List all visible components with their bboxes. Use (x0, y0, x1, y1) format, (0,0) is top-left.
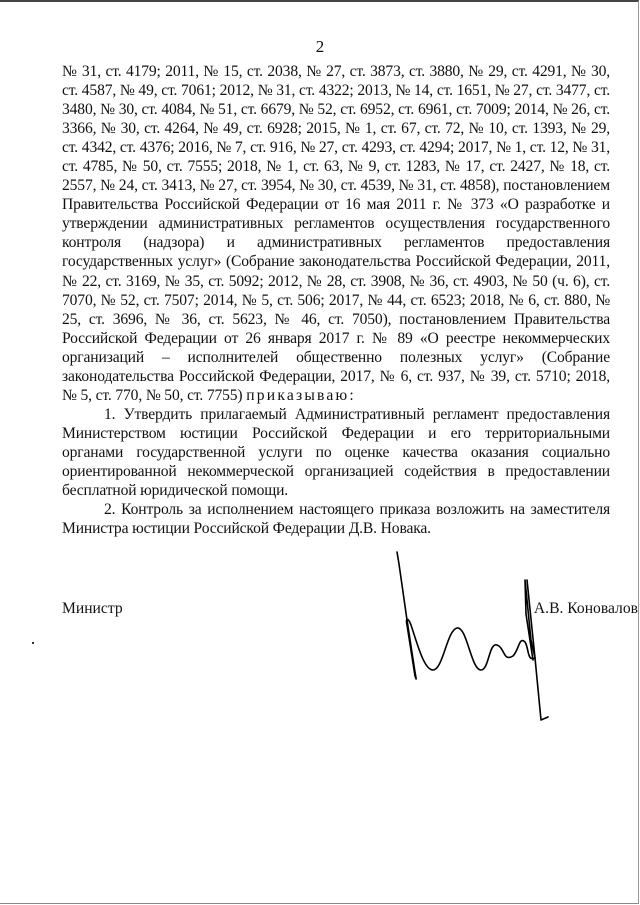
order-word: приказываю: (246, 387, 356, 404)
paragraph-item-1: 1. Утвердить прилагаемый Административны… (62, 405, 610, 500)
paragraph-item-2: 2. Контроль за исполнением настоящего пр… (62, 500, 610, 538)
stray-mark (32, 642, 34, 644)
signatory-title: Министр (62, 599, 123, 619)
paragraph-legal-basis: № 31, ст. 4179; 2011, № 15, ст. 2038, № … (62, 62, 610, 405)
legal-references-text: № 31, ст. 4179; 2011, № 15, ст. 2038, № … (62, 63, 610, 404)
page-number: 2 (0, 37, 640, 57)
document-body: № 31, ст. 4179; 2011, № 15, ст. 2038, № … (62, 62, 610, 538)
document-page: 2 № 31, ст. 4179; 2011, № 15, ст. 2038, … (0, 0, 639, 904)
handwritten-signature-icon (385, 550, 555, 725)
